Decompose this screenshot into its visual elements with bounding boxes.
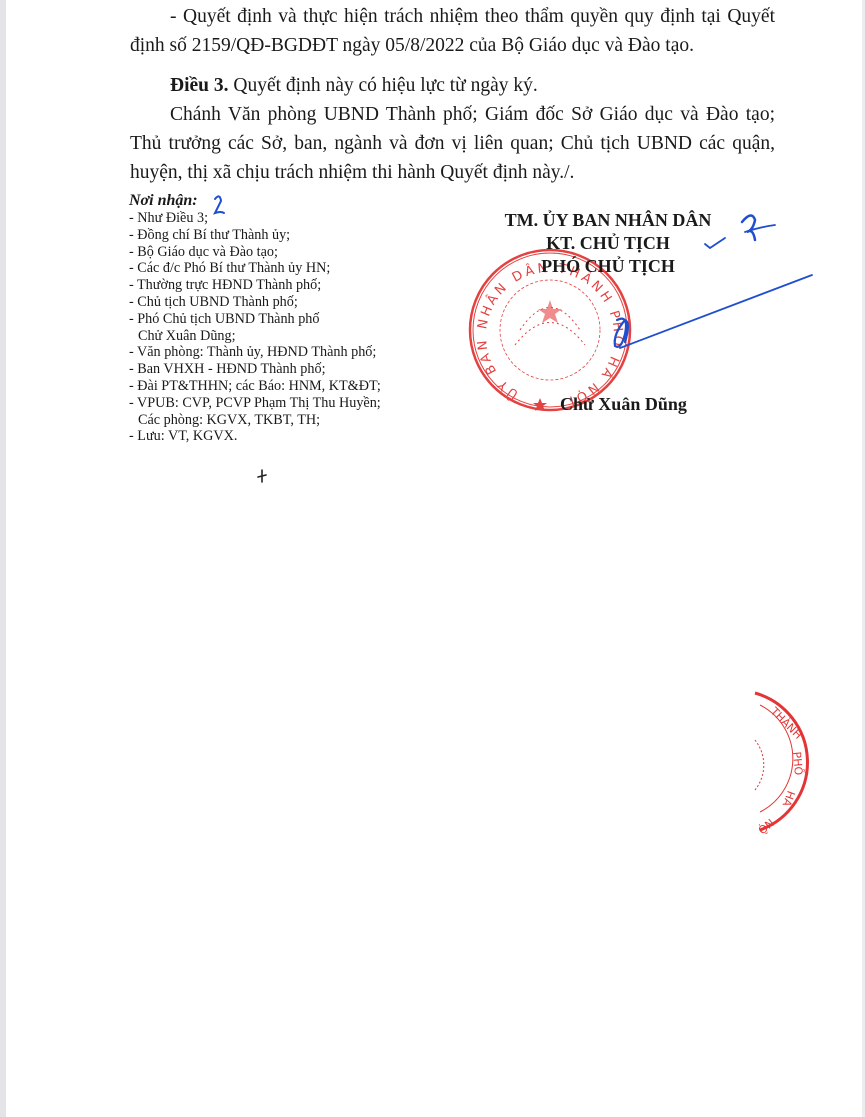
signature-title-line-3: PHÓ CHỦ TỊCH [478, 255, 738, 278]
svg-text:NỘ: NỘ [755, 816, 777, 837]
signature-block: TM. ỦY BAN NHÂN DÂN KT. CHỦ TỊCH PHÓ CHỦ… [478, 209, 738, 278]
signer-name: Chử Xuân Dũng [560, 394, 687, 415]
svg-text:ỦY BAN NHÂN DÂN THÀNH PHỐ HÀ N: ỦY BAN NHÂN DÂN THÀNH PHỐ HÀ NỘI [475, 261, 628, 409]
svg-text:PHỐ: PHỐ [790, 751, 806, 776]
partial-stamp-icon: THÀNH PHỐ HÀ NỘ [755, 693, 808, 837]
signature-title-line-2: KT. CHỦ TỊCH [478, 232, 738, 255]
stamp-and-ink-layer: ỦY BAN NHÂN DÂN THÀNH PHỐ HÀ NỘI THÀNH P… [0, 0, 865, 1117]
signature-title-line-1: TM. ỦY BAN NHÂN DÂN [478, 209, 738, 232]
